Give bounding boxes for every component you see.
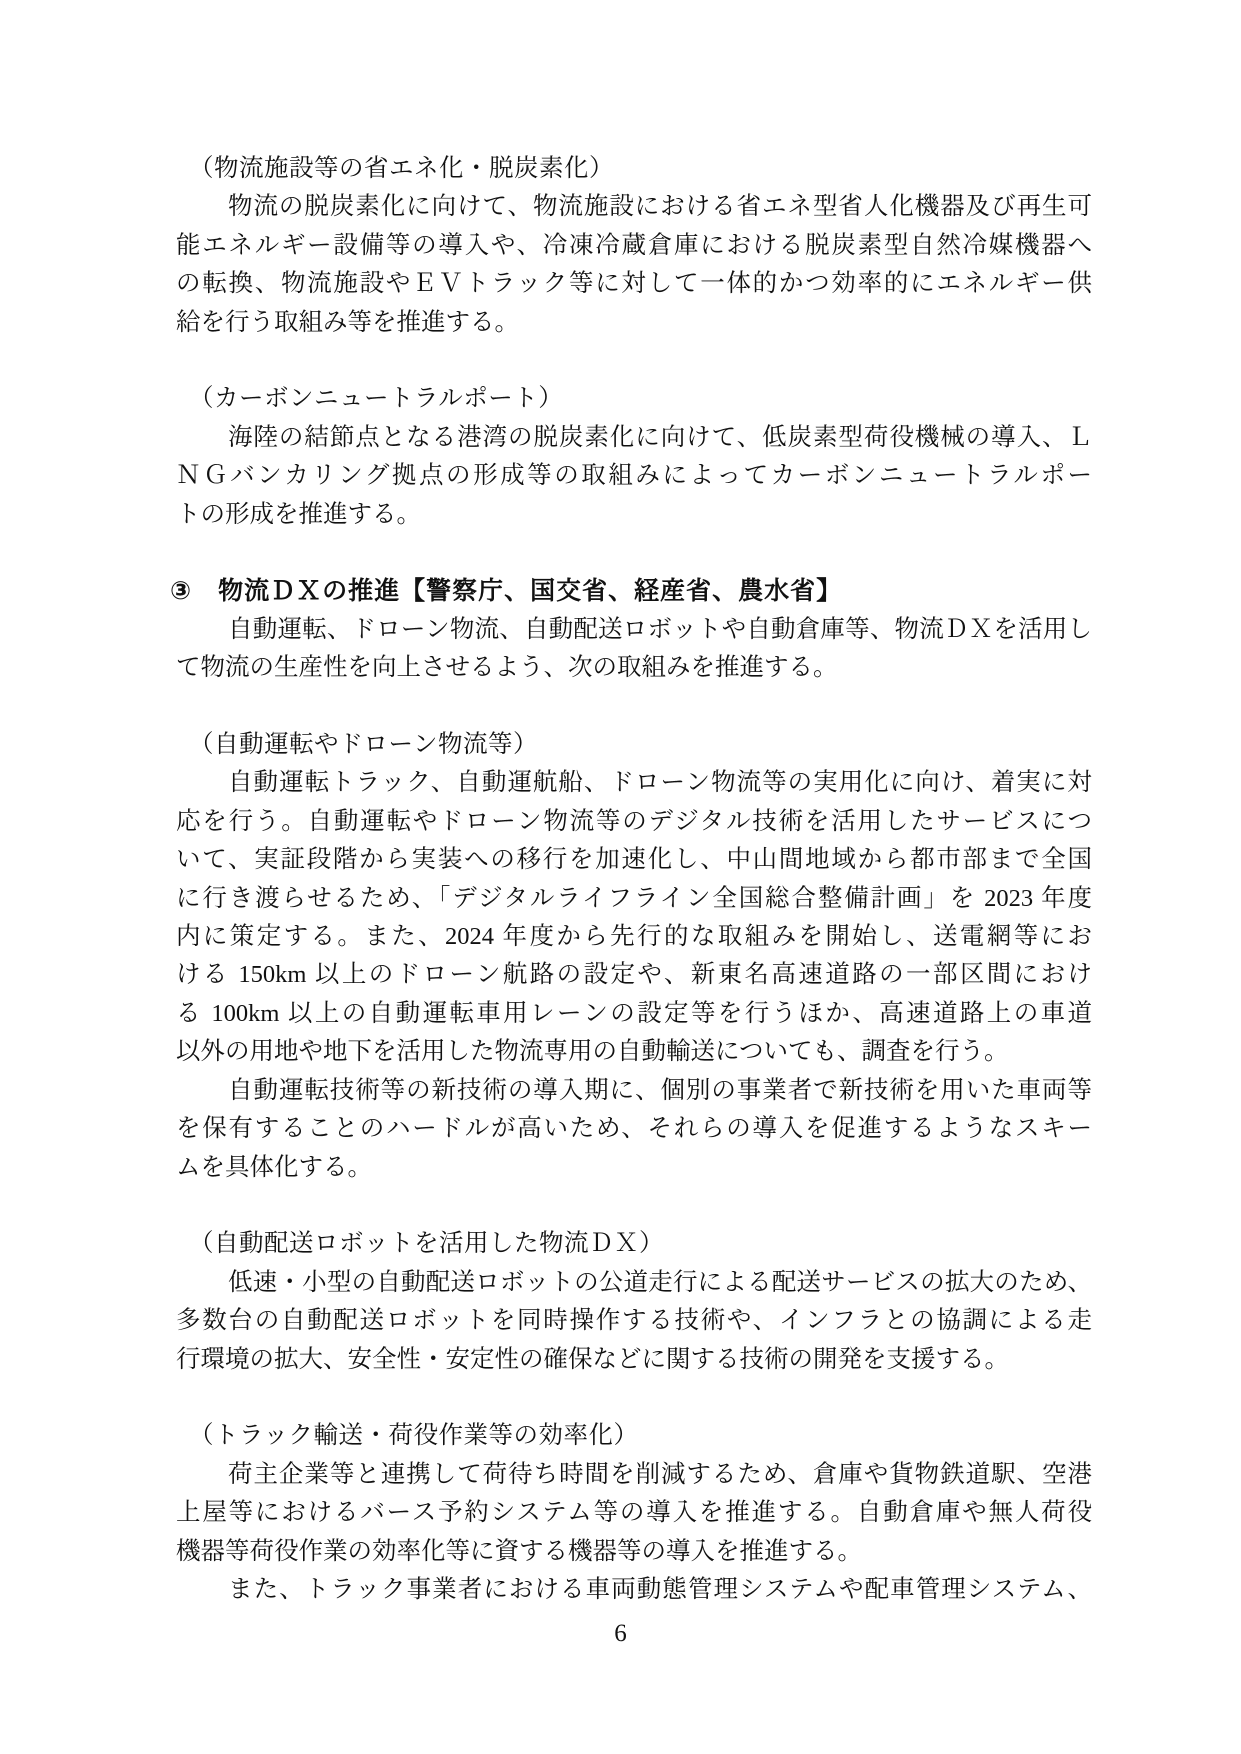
text-line: ける 150km 以上のドローン航路の設定や、新東名高速道路の一部区間におけ [176, 956, 1092, 994]
text-line: また、トラック事業者における車両動態管理システムや配車管理システム、 [176, 1571, 1092, 1609]
text-line: 機器等荷役作業の効率化等に資する機器等の導入を推進する。 [176, 1533, 1092, 1571]
text-line: 自動運転技術等の新技術の導入期に、個別の事業者で新技術を用いた車両等 [176, 1072, 1092, 1110]
page-number: 6 [0, 1615, 1241, 1653]
text-line: 内に策定する。また、2024 年度から先行的な取組みを開始し、送電網等にお [176, 918, 1092, 956]
document-page: （物流施設等の省エネ化・脱炭素化） 物流の脱炭素化に向けて、物流施設における省エ… [0, 0, 1241, 1754]
section-autonomous-driving-drone-logistics: （自動運転やドローン物流等） 自動運転トラック、自動運航船、ドローン物流等の実用… [176, 726, 1092, 1187]
text-line: 給を行う取組み等を推進する。 [176, 304, 1092, 342]
page-content: （物流施設等の省エネ化・脱炭素化） 物流の脱炭素化に向けて、物流施設における省エ… [176, 150, 1092, 1648]
section-heading: （自動配送ロボットを活用した物流ＤＸ） [176, 1225, 1092, 1263]
section-heading: （物流施設等の省エネ化・脱炭素化） [176, 150, 1092, 188]
text-line: る 100km 以上の自動運転車用レーンの設定等を行うほか、高速道路上の車道 [176, 995, 1092, 1033]
text-line: トの形成を推進する。 [176, 496, 1092, 534]
text-line: て物流の生産性を向上させるよう、次の取組みを推進する。 [176, 649, 1092, 687]
section-heading-numbered: ③ 物流ＤＸの推進【警察庁、国交省、経産省、農水省】 [176, 572, 1092, 610]
text-line: ムを具体化する。 [176, 1149, 1092, 1187]
text-line: の転換、物流施設やＥＶトラック等に対して一体的かつ効率的にエネルギー供 [176, 265, 1092, 303]
section-energy-saving-decarbonization: （物流施設等の省エネ化・脱炭素化） 物流の脱炭素化に向けて、物流施設における省エ… [176, 150, 1092, 342]
text-line: を保有することのハードルが高いため、それらの導入を促進するようなスキー [176, 1110, 1092, 1148]
text-line: ＮＧバンカリング拠点の形成等の取組みによってカーボンニュートラルポー [176, 457, 1092, 495]
text-line: 自動運転、ドローン物流、自動配送ロボットや自動倉庫等、物流ＤＸを活用し [176, 611, 1092, 649]
section-truck-transport-efficiency: （トラック輸送・荷役作業等の効率化） 荷主企業等と連携して荷待ち時間を削減するた… [176, 1417, 1092, 1609]
text-line: 能エネルギー設備等の導入や、冷凍冷蔵倉庫における脱炭素型自然冷媒機器へ [176, 227, 1092, 265]
section-delivery-robot-dx: （自動配送ロボットを活用した物流ＤＸ） 低速・小型の自動配送ロボットの公道走行に… [176, 1225, 1092, 1379]
section-heading: （トラック輸送・荷役作業等の効率化） [176, 1417, 1092, 1455]
text-line: 海陸の結節点となる港湾の脱炭素化に向けて、低炭素型荷役機械の導入、Ｌ [176, 419, 1092, 457]
text-line: に行き渡らせるため、「デジタルライフライン全国総合整備計画」を 2023 年度 [176, 880, 1092, 918]
text-line: 低速・小型の自動配送ロボットの公道走行による配送サービスの拡大のため、 [176, 1264, 1092, 1302]
text-line: 上屋等におけるバース予約システム等の導入を推進する。自動倉庫や無人荷役 [176, 1494, 1092, 1532]
text-line: 以外の用地や地下を活用した物流専用の自動輸送についても、調査を行う。 [176, 1033, 1092, 1071]
text-line: いて、実証段階から実装への移行を加速化し、中山間地域から都市部まで全国 [176, 841, 1092, 879]
text-line: 応を行う。自動運転やドローン物流等のデジタル技術を活用したサービスにつ [176, 803, 1092, 841]
text-line: 多数台の自動配送ロボットを同時操作する技術や、インフラとの協調による走 [176, 1302, 1092, 1340]
text-line: 自動運転トラック、自動運航船、ドローン物流等の実用化に向け、着実に対 [176, 764, 1092, 802]
section-carbon-neutral-port: （カーボンニュートラルポート） 海陸の結節点となる港湾の脱炭素化に向けて、低炭素… [176, 380, 1092, 534]
text-line: 行環境の拡大、安全性・安定性の確保などに関する技術の開発を支援する。 [176, 1341, 1092, 1379]
section-logistics-dx: ③ 物流ＤＸの推進【警察庁、国交省、経産省、農水省】 自動運転、ドローン物流、自… [176, 572, 1092, 687]
section-heading: （カーボンニュートラルポート） [176, 380, 1092, 418]
section-heading: （自動運転やドローン物流等） [176, 726, 1092, 764]
text-line: 物流の脱炭素化に向けて、物流施設における省エネ型省人化機器及び再生可 [176, 188, 1092, 226]
text-line: 荷主企業等と連携して荷待ち時間を削減するため、倉庫や貨物鉄道駅、空港 [176, 1456, 1092, 1494]
